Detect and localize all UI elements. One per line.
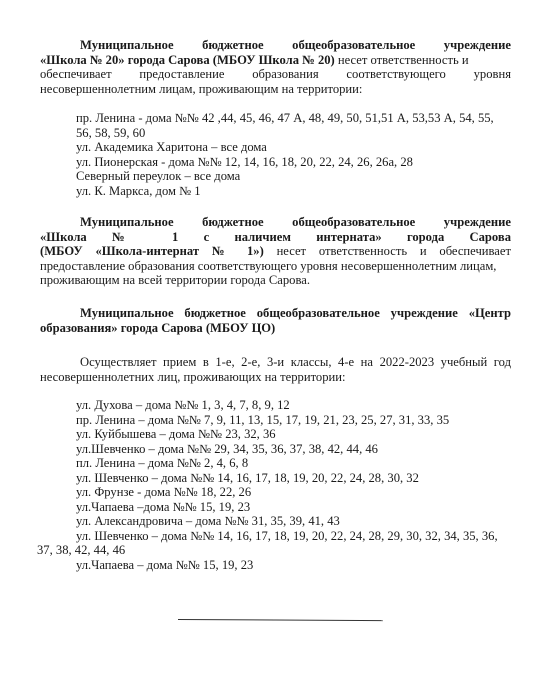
address-item-continuation: 37, 38, 42, 44, 46 — [37, 543, 516, 558]
address-item: пр. Ленина – дома №№ 7, 9, 11, 13, 15, 1… — [76, 413, 516, 428]
section-boarding-line5: проживающим на всей территории города Са… — [40, 273, 511, 288]
address-item: ул. Куйбышева – дома №№ 23, 32, 36 — [76, 427, 516, 442]
address-item: ул.Шевченко – дома №№ 29, 34, 35, 36, 37… — [76, 442, 516, 457]
center-address-list: ул. Духова – дома №№ 1, 3, 4, 7, 8, 9, 1… — [76, 398, 516, 572]
section-school-20-heading-line1: Муниципальное бюджетное общеобразователь… — [40, 38, 511, 53]
section-center-intro-line1: Осуществляет прием в 1-е, 2-е, 3-и класс… — [40, 355, 511, 370]
address-item: Северный переулок – все дома — [76, 169, 516, 184]
section-school-20-heading-line2: «Школа № 20» города Сарова (МБОУ Школа №… — [40, 53, 511, 68]
address-item: ул. Фрунзе - дома №№ 18, 22, 26 — [76, 485, 516, 500]
school-20-address-list: пр. Ленина - дома №№ 42 ,44, 45, 46, 47 … — [76, 111, 516, 198]
section-center-intro: Осуществляет прием в 1-е, 2-е, 3-и класс… — [40, 355, 511, 384]
address-item: пл. Ленина – дома №№ 2, 4, 6, 8 — [76, 456, 516, 471]
address-item: пр. Ленина - дома №№ 42 ,44, 45, 46, 47 … — [76, 111, 516, 126]
section-center-heading-line1: Муниципальное бюджетное общеобразователь… — [40, 306, 511, 321]
address-item: ул. Александровича – дома №№ 31, 35, 39,… — [76, 514, 516, 529]
address-item: ул. Духова – дома №№ 1, 3, 4, 7, 8, 9, 1… — [76, 398, 516, 413]
document-page: Муниципальное бюджетное общеобразователь… — [0, 0, 542, 674]
section-boarding-line4: предоставление образования соответствующ… — [40, 259, 511, 274]
section-center-intro-line2: несовершеннолетних лиц, проживающих на т… — [40, 370, 511, 385]
signature-separator-line — [178, 619, 383, 621]
address-item: 56, 58, 59, 60 — [76, 126, 516, 141]
address-item: ул.Чапаева –дома №№ 15, 19, 23 — [76, 500, 516, 515]
section-boarding-heading-line2: «Школа № 1 с наличием интерната» города … — [40, 230, 511, 245]
section-boarding-school-1: Муниципальное бюджетное общеобразователь… — [40, 215, 511, 288]
address-item: ул. Шевченко – дома №№ 14, 16, 17, 18, 1… — [76, 529, 516, 544]
address-item: ул. Шевченко – дома №№ 14, 16, 17, 18, 1… — [76, 471, 516, 486]
address-item: ул. К. Маркса, дом № 1 — [76, 184, 516, 199]
section-school-20: Муниципальное бюджетное общеобразователь… — [40, 38, 511, 96]
section-center-heading-line2: образования» города Сарова (МБОУ ЦО) — [40, 321, 511, 336]
section-boarding-line3: (МБОУ «Школа-интернат № 1») несет ответс… — [40, 244, 511, 259]
address-item: ул. Пионерская - дома №№ 12, 14, 16, 18,… — [76, 155, 516, 170]
address-item: ул. Академика Харитона – все дома — [76, 140, 516, 155]
section-school-20-line3: обеспечивает предоставление образования … — [40, 67, 511, 82]
section-school-20-line4: несовершеннолетним лицам, проживающим на… — [40, 82, 511, 97]
section-boarding-heading-line1: Муниципальное бюджетное общеобразователь… — [40, 215, 511, 230]
address-item: ул.Чапаева – дома №№ 15, 19, 23 — [76, 558, 516, 573]
section-education-center: Муниципальное бюджетное общеобразователь… — [40, 306, 511, 335]
